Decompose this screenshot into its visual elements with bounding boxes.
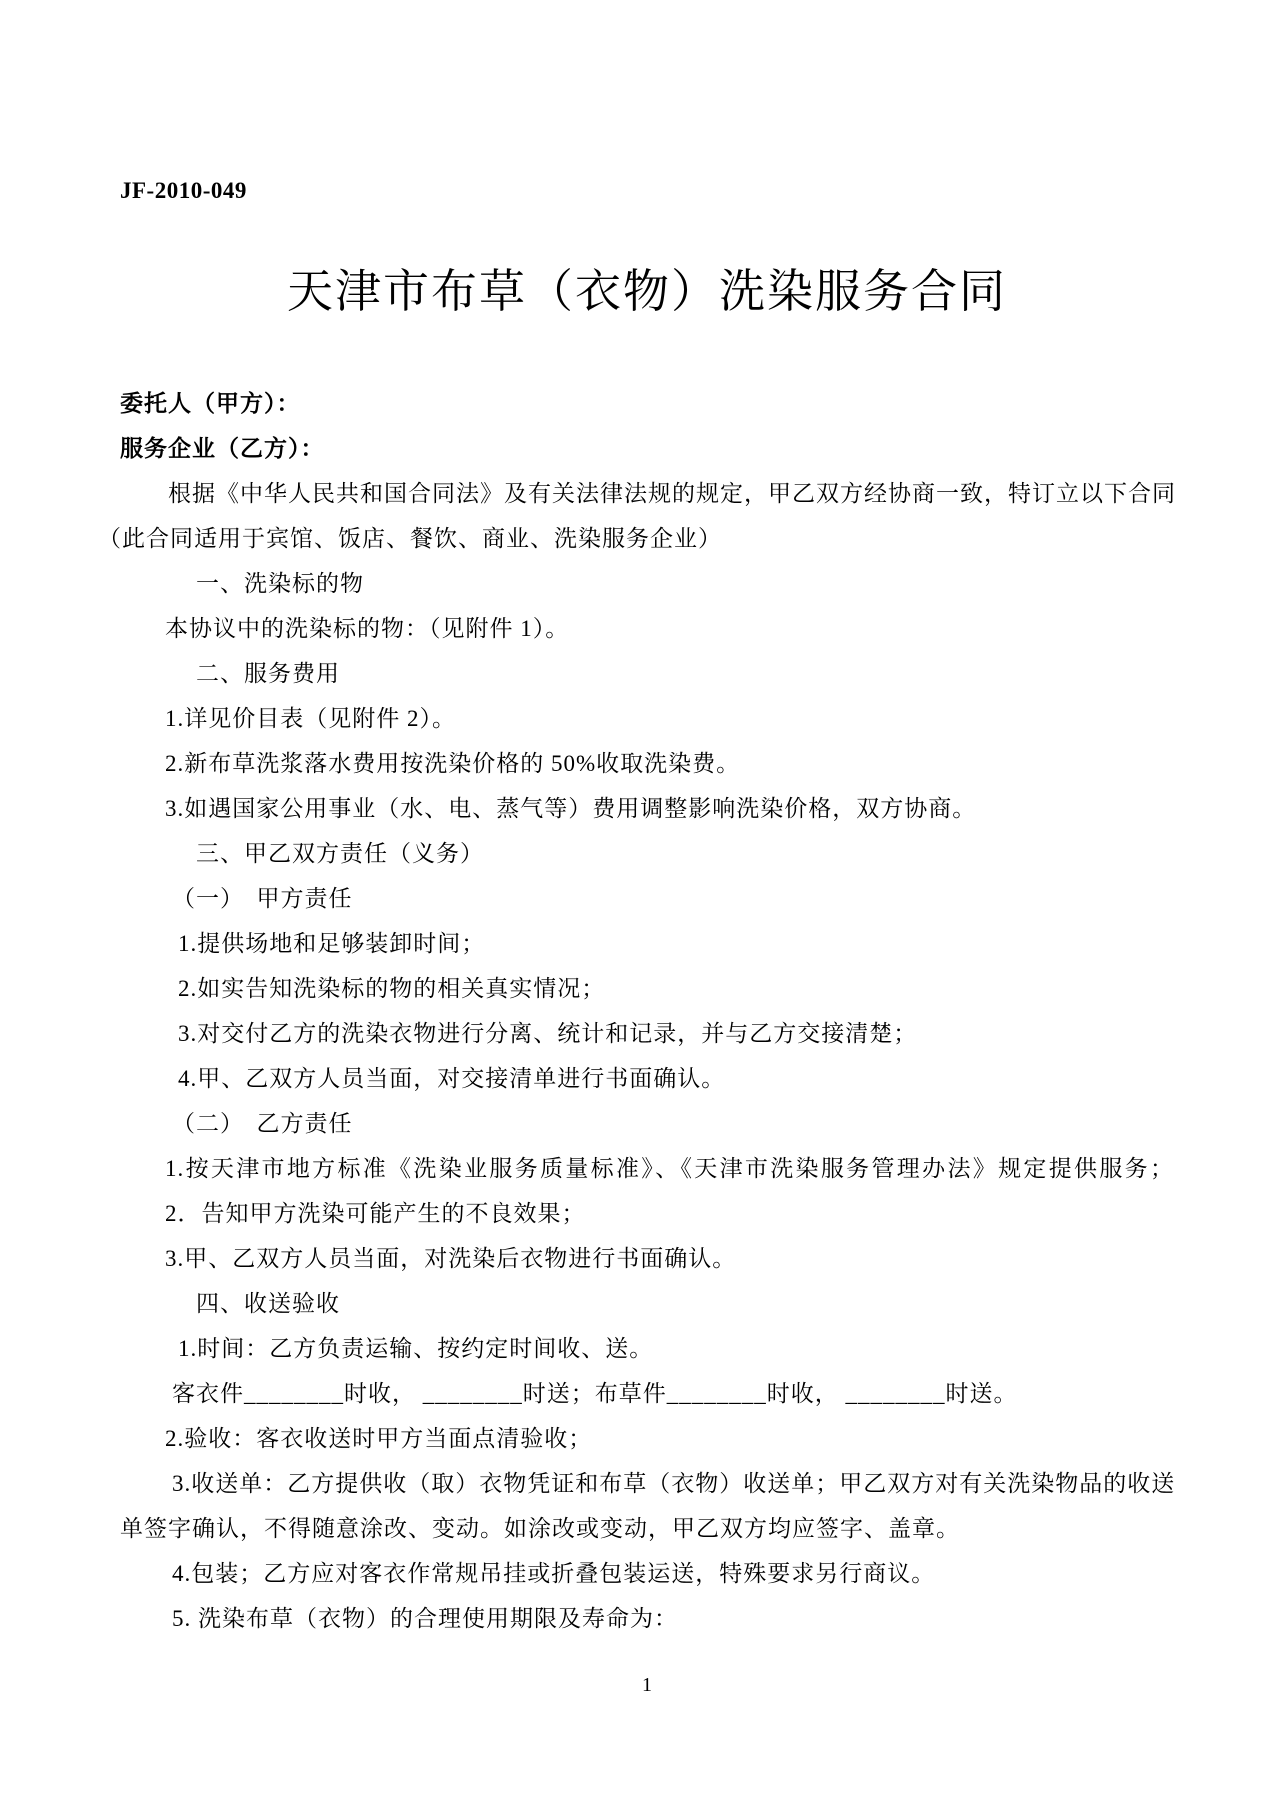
document-line: 客衣件________时收， ________时送；布草件________时收，… [172, 1371, 1174, 1416]
document-line: 4.甲、乙双方人员当面，对交接清单进行书面确认。 [178, 1056, 1174, 1101]
document-line: （此合同适用于宾馆、饭店、餐饮、商业、洗染服务企业） [98, 516, 1174, 561]
document-line: 1.详见价目表（见附件 2）。 [165, 696, 1174, 741]
document-line: 2.新布草洗浆落水费用按洗染价格的 50%收取洗染费。 [165, 741, 1174, 786]
document-line: （一） 甲方责任 [172, 876, 1174, 921]
document-body: 委托人（甲方）：服务企业（乙方）：根据《中华人民共和国合同法》及有关法律法规的规… [120, 381, 1174, 1641]
page-number: 1 [120, 1671, 1174, 1699]
document-line: 2.验收：客衣收送时甲方当面点清验收； [165, 1416, 1174, 1461]
page-title: 天津市布草（衣物）洗染服务合同 [120, 262, 1174, 322]
document-line: 三、甲乙双方责任（义务） [196, 831, 1174, 876]
document-line: 单签字确认，不得随意涂改、变动。如涂改或变动，甲乙双方均应签字、盖章。 [120, 1506, 1174, 1551]
document-line: 四、收送验收 [196, 1281, 1174, 1326]
document-line: 5. 洗染布草（衣物）的合理使用期限及寿命为： [172, 1596, 1174, 1641]
document-line: 委托人（甲方）： [120, 381, 1174, 426]
document-code: JF-2010-049 [120, 176, 1174, 206]
contract-page: JF-2010-049 天津市布草（衣物）洗染服务合同 委托人（甲方）：服务企业… [0, 0, 1280, 1810]
document-line: 3.甲、乙双方人员当面，对洗染后衣物进行书面确认。 [165, 1236, 1174, 1281]
document-line: 2.如实告知洗染标的物的相关真实情况； [178, 966, 1174, 1011]
document-line: 一、洗染标的物 [196, 561, 1174, 606]
document-line: 3.对交付乙方的洗染衣物进行分离、统计和记录，并与乙方交接清楚； [178, 1011, 1174, 1056]
document-line: 3.如遇国家公用事业（水、电、蒸气等）费用调整影响洗染价格，双方协商。 [165, 786, 1174, 831]
document-line: 二、服务费用 [196, 651, 1174, 696]
document-line: 3.收送单：乙方提供收（取）衣物凭证和布草（衣物）收送单；甲乙双方对有关洗染物品… [172, 1461, 1174, 1506]
document-line: （二） 乙方责任 [172, 1101, 1174, 1146]
document-line: 本协议中的洗染标的物：（见附件 1）。 [165, 606, 1174, 651]
document-line: 1.时间：乙方负责运输、按约定时间收、送。 [178, 1326, 1174, 1371]
document-line: 1.按天津市地方标准《洗染业服务质量标准》、《天津市洗染服务管理办法》规定提供服… [165, 1146, 1174, 1191]
document-line: 服务企业（乙方）： [120, 426, 1174, 471]
document-line: 2．告知甲方洗染可能产生的不良效果； [165, 1191, 1174, 1236]
document-line: 根据《中华人民共和国合同法》及有关法律法规的规定，甲乙双方经协商一致，特订立以下… [168, 471, 1174, 516]
document-line: 4.包装；乙方应对客衣作常规吊挂或折叠包装运送，特殊要求另行商议。 [172, 1551, 1174, 1596]
document-line: 1.提供场地和足够装卸时间； [178, 921, 1174, 966]
